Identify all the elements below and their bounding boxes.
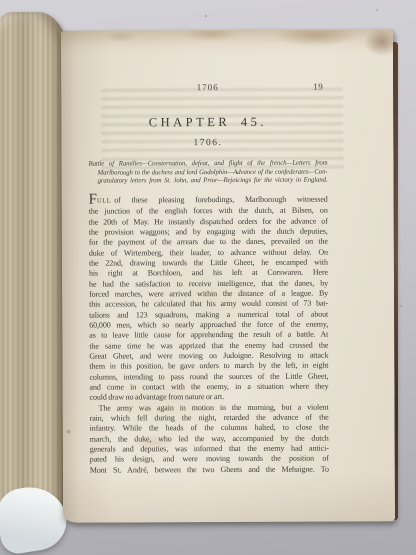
chapter-title: CHAPTER 45.	[88, 115, 327, 131]
text-line: and come in contact with the enemy, in a…	[89, 382, 328, 393]
text-line: FULLof these pleasing forebodings, Marlb…	[89, 194, 328, 207]
first-line-text: of these pleasing forebodings, Marlborou…	[114, 195, 327, 205]
text-line: infantry. While the heads of the columns…	[90, 423, 329, 434]
paragraph-2: The army was again in motion in the morn…	[90, 402, 329, 475]
page-content: 1706 19 CHAPTER 45. 1706. Battle of Rami…	[88, 82, 329, 476]
text-line: as to leave little cause for apprehendin…	[89, 330, 328, 341]
book-spine-pages	[0, 12, 68, 524]
text-line: them in this position, he gave orders to…	[89, 361, 328, 372]
paragraph-1: FULLof these pleasing forebodings, Marlb…	[89, 194, 329, 404]
book-page: 1706 19 CHAPTER 45. 1706. Battle of Rami…	[61, 29, 395, 522]
running-header: 1706 19	[88, 82, 327, 93]
text-line: Mont St. André, between the two Gheets a…	[90, 464, 329, 475]
text-line: this accession, he calculated that his a…	[89, 299, 328, 310]
running-header-year: 1706	[197, 82, 219, 92]
small-caps: ULL	[97, 198, 111, 205]
page-number: 19	[313, 82, 327, 92]
book-photo-scene: 1706 19 CHAPTER 45. 1706. Battle of Rami…	[0, 0, 416, 555]
chapter-summary: Battle of Ramilies—Consternation, defeat…	[88, 160, 327, 187]
text-line: his right at Borchloen, and his left at …	[89, 268, 328, 279]
summary-line: gratulatory letters from St. John, and P…	[89, 177, 328, 187]
text-line: for the payment of the arrears due to th…	[89, 237, 328, 248]
chapter-year: 1706.	[88, 138, 327, 149]
text-line: the junction of the english forces with …	[89, 206, 328, 217]
text-line: pated his design, and were moving toward…	[90, 454, 329, 465]
